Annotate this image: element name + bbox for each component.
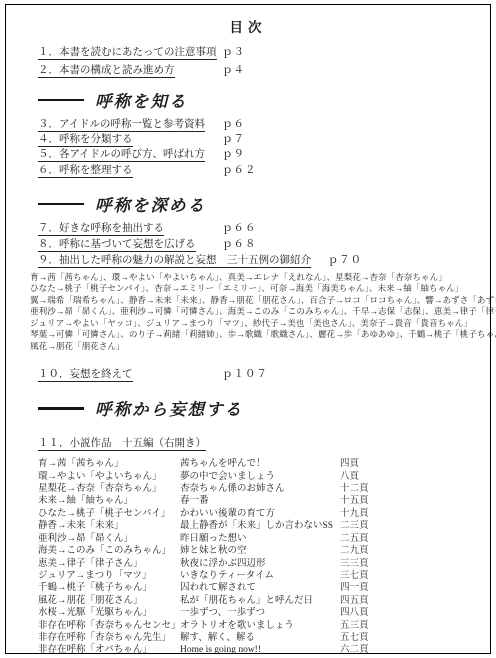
toc-entry: ７．好きな呼称を抽出する ｐ６６ bbox=[38, 221, 476, 237]
toc-entry: １．本書を読むにあたっての注意事項 ｐ３ bbox=[38, 44, 476, 62]
toc-entry-page: ｐ６２ bbox=[222, 163, 257, 178]
novel-row: ひなた→桃子「桃子センパイ」 かわいい後輩の育て方 十九頁 bbox=[38, 508, 476, 520]
toc-entry-label: ２．本書の構成と読み進め方 bbox=[38, 65, 175, 78]
toc-entry-label: １．本書を読むにあたっての注意事項 bbox=[38, 47, 217, 60]
novel-pair: ひなた→桃子「桃子センパイ」 bbox=[38, 508, 180, 520]
toc-entry-page: ｐ１０７ bbox=[222, 366, 268, 384]
toc-entry: ２．本書の構成と読み進め方 ｐ４ bbox=[38, 62, 476, 80]
novel-pair: 千鶴→桃子「桃子ちゃん」 bbox=[38, 582, 180, 594]
novel-row: 水桜→光駆「光駆ちゃん」 一歩ずつ、一歩ずつ 四八頁 bbox=[38, 607, 476, 619]
novel-title: Home is going now!! bbox=[180, 644, 340, 656]
section-heading: 呼称を深める bbox=[38, 191, 476, 217]
novel-pair: 静香→未来「未来」 bbox=[38, 520, 180, 532]
novel-title: 私が「朋花ちゃん」と呼んだ日 bbox=[180, 595, 340, 607]
novel-page: 十二頁 bbox=[340, 483, 400, 495]
novel-page: 八頁 bbox=[340, 471, 400, 483]
page-title: 目次 bbox=[0, 16, 496, 36]
novel-page: 二三頁 bbox=[340, 520, 400, 532]
toc-content: １．本書を読むにあたっての注意事項 ｐ３ ２．本書の構成と読み進め方 ｐ４ 呼称… bbox=[0, 44, 496, 657]
novel-title: かわいい後輩の育て方 bbox=[180, 508, 340, 520]
toc-entry-label: １０．妄想を終えて bbox=[38, 369, 133, 382]
novel-pair: 育→茜「茜ちゃん」 bbox=[38, 458, 180, 470]
novel-page: 十五頁 bbox=[340, 495, 400, 507]
novel-page: 五七頁 bbox=[340, 632, 400, 644]
novel-pair: 非存在呼称「杏奈ちゃんセンセ」 bbox=[38, 620, 180, 632]
novel-page: 四八頁 bbox=[340, 607, 400, 619]
novel-row: 環→やよい「やよいちゃん」 夢の中で会いましょう 八頁 bbox=[38, 471, 476, 483]
novel-page: 五三頁 bbox=[340, 620, 400, 632]
toc-entry-page: ｐ３ bbox=[222, 44, 245, 62]
toc-entry: ３．アイドルの呼称一覧と参考資料 ｐ６ bbox=[38, 117, 476, 132]
toc-entry-page: ｐ６６ bbox=[222, 221, 257, 237]
toc-entry-label: ８．呼称に基づいて妄想を広げる bbox=[38, 239, 196, 252]
novel-title: 囚われて解されて bbox=[180, 582, 340, 594]
novel-pair: 海美→このみ「このみちゃん」 bbox=[38, 545, 180, 557]
pair-line: 風花→朋花「朋花さん」 bbox=[30, 341, 476, 353]
toc-entry: １０．妄想を終えて ｐ１０７ bbox=[38, 366, 476, 384]
toc-entry-page: ｐ７ bbox=[222, 132, 245, 147]
novel-pair: 環→やよい「やよいちゃん」 bbox=[38, 471, 180, 483]
novel-pair: 水桜→光駆「光駆ちゃん」 bbox=[38, 607, 180, 619]
novel-title: 昨日願った想い bbox=[180, 533, 340, 545]
toc-entry-label: ９．抽出した呼称の魅力の解説と妄想 三十五例の御紹介 bbox=[38, 255, 311, 268]
pair-line: 育→茜「茜ちゃん」、環→やよい「やよいちゃん」、真美→エレナ「えれなん」、星梨花… bbox=[30, 272, 476, 284]
novel-row: 非存在呼称「杏奈ちゃん先生」 解す、解く、解る 五七頁 bbox=[38, 632, 476, 644]
novel-pair: 未来→紬「紬ちゃん」 bbox=[38, 495, 180, 507]
section-heading-label: 呼称を知る bbox=[95, 88, 188, 112]
novel-page: 二九頁 bbox=[340, 545, 400, 557]
novel-title: 夢の中で会いましょう bbox=[180, 471, 340, 483]
novel-row: 恵美→律子「律子さん」 秋夜に浮かぶ四辺形 三三頁 bbox=[38, 558, 476, 570]
novel-row: 非存在呼称「杏奈ちゃんセンセ」 オラトリオを歌いましょう 五三頁 bbox=[38, 620, 476, 632]
toc-entry: ６．呼称を整理する ｐ６２ bbox=[38, 163, 476, 178]
novel-page: 六二頁 bbox=[340, 644, 400, 656]
toc-entry-label: ７．好きな呼称を抽出する bbox=[38, 223, 164, 236]
novel-row: 静香→未来「未来」 最上静香が「未来」しか言わないSS 二三頁 bbox=[38, 520, 476, 532]
toc-entry-label: ３．アイドルの呼称一覧と参考資料 bbox=[38, 119, 205, 132]
novel-title: 春一番 bbox=[180, 495, 340, 507]
toc-entry-page: ｐ７０ bbox=[328, 255, 363, 266]
heading-dash bbox=[38, 99, 84, 102]
toc-page: 目次 １．本書を読むにあたっての注意事項 ｐ３ ２．本書の構成と読み進め方 ｐ４… bbox=[0, 0, 496, 658]
novel-page: 十九頁 bbox=[340, 508, 400, 520]
novel-title: 杏奈ちゃん係のお姉さん bbox=[180, 483, 340, 495]
novel-pair: 星梨花→杏奈「杏奈ちゃん」 bbox=[38, 483, 180, 495]
toc-entry: ４．呼称を分類する ｐ７ bbox=[38, 132, 476, 147]
novel-page: 二五頁 bbox=[340, 533, 400, 545]
novel-pair: 非存在呼称「杏奈ちゃん先生」 bbox=[38, 632, 180, 644]
novel-row: 千鶴→桃子「桃子ちゃん」 囚われて解されて 四一頁 bbox=[38, 582, 476, 594]
toc-entry-page: ｐ４ bbox=[222, 62, 245, 80]
toc-group: ７．好きな呼称を抽出する ｐ６６ ８．呼称に基づいて妄想を広げる ｐ６８ ９．抽… bbox=[38, 221, 476, 269]
novel-row: 亜利沙→昴「昴くん」 昨日願った想い 二五頁 bbox=[38, 533, 476, 545]
novel-page: 四五頁 bbox=[340, 595, 400, 607]
novel-page: 四頁 bbox=[340, 458, 400, 470]
heading-dash bbox=[38, 203, 84, 206]
section-heading: 呼称を知る bbox=[38, 87, 476, 113]
novel-row: 海美→このみ「このみちゃん」 姉と妹と秋の空 二九頁 bbox=[38, 545, 476, 557]
pair-line: 亜利沙→昴「昴くん」、亜利沙→可憐「可憐さん」、海美→このみ「このみちゃん」、千… bbox=[30, 306, 476, 318]
toc-group: ３．アイドルの呼称一覧と参考資料 ｐ６ ４．呼称を分類する ｐ７ ５．各アイドル… bbox=[38, 117, 476, 178]
novel-title: 最上静香が「未来」しか言わないSS bbox=[180, 520, 340, 532]
novel-row: 星梨花→杏奈「杏奈ちゃん」 杏奈ちゃん係のお姉さん 十二頁 bbox=[38, 483, 476, 495]
pair-line: ひなた→桃子「桃子センパイ」、杏奈→エミリー「エミリー」、可奈→海美「海美ちゃん… bbox=[30, 283, 476, 295]
novel-pair: ジュリア→まつり「マツ」 bbox=[38, 570, 180, 582]
section-heading-label: 呼称を深める bbox=[95, 192, 206, 216]
toc-entry: １１．小説作品 十五編（右開き） bbox=[38, 435, 476, 453]
novel-title: いきなりティータイム bbox=[180, 570, 340, 582]
novel-list: 育→茜「茜ちゃん」 茜ちゃんを呼んで！ 四頁 環→やよい「やよいちゃん」 夢の中… bbox=[38, 458, 476, 657]
novel-title: 一歩ずつ、一歩ずつ bbox=[180, 607, 340, 619]
toc-entry-label: １１．小説作品 十五編（右開き） bbox=[38, 438, 206, 451]
novel-title: 姉と妹と秋の空 bbox=[180, 545, 340, 557]
novel-row: 風花→朋花「朋花さん」 私が「朋花ちゃん」と呼んだ日 四五頁 bbox=[38, 595, 476, 607]
pair-line: 翼→瑞希「瑞希ちゃん」、静香→未来「未来」、静香→朋花「朋花さん」、百合子→ロコ… bbox=[30, 295, 476, 307]
toc-entry-label: ５．各アイドルの呼び方、呼ばれ方 bbox=[38, 149, 205, 162]
novel-pair: 非存在呼称「オバちゃん」 bbox=[38, 644, 180, 656]
toc-entry: ８．呼称に基づいて妄想を広げる ｐ６８ bbox=[38, 237, 476, 253]
toc-entry-page: ｐ６８ bbox=[222, 237, 257, 253]
toc-entry-label: ６．呼称を整理する bbox=[38, 165, 133, 178]
novel-row: ジュリア→まつり「マツ」 いきなりティータイム 三七頁 bbox=[38, 570, 476, 582]
toc-entry-page: ｐ６ bbox=[222, 117, 245, 132]
toc-entry: ５．各アイドルの呼び方、呼ばれ方 ｐ９ bbox=[38, 147, 476, 162]
toc-entry-label: ４．呼称を分類する bbox=[38, 134, 133, 147]
pair-line: ジュリア→やよい「ヤッコ」、ジュリア→まつり「マツ」、紗代子→美也「美也さん」、… bbox=[30, 318, 476, 330]
novel-pair: 亜利沙→昴「昴くん」 bbox=[38, 533, 180, 545]
novel-title: 茜ちゃんを呼んで！ bbox=[180, 458, 340, 470]
section-heading: 呼称から妄想する bbox=[38, 395, 476, 421]
novel-row: 育→茜「茜ちゃん」 茜ちゃんを呼んで！ 四頁 bbox=[38, 458, 476, 470]
novel-page: 四一頁 bbox=[340, 582, 400, 594]
toc-entry-page: ｐ９ bbox=[222, 147, 245, 162]
novel-page: 三三頁 bbox=[340, 558, 400, 570]
pair-line: 琴葉→可憐「可憐さん」、のり子→莉緒「莉緒姉」、歩→歌織「歌織さん」、麗花→歩「… bbox=[30, 329, 476, 341]
novel-row: 非存在呼称「オバちゃん」 Home is going now!! 六二頁 bbox=[38, 644, 476, 656]
novel-pair: 風花→朋花「朋花さん」 bbox=[38, 595, 180, 607]
section-heading-label: 呼称から妄想する bbox=[95, 396, 243, 420]
novel-title: オラトリオを歌いましょう bbox=[180, 620, 340, 632]
heading-dash bbox=[38, 407, 84, 410]
novel-page: 三七頁 bbox=[340, 570, 400, 582]
novel-row: 未来→紬「紬ちゃん」 春一番 十五頁 bbox=[38, 495, 476, 507]
novel-pair: 恵美→律子「律子さん」 bbox=[38, 558, 180, 570]
novel-title: 解す、解く、解る bbox=[180, 632, 340, 644]
pair-example-list: 育→茜「茜ちゃん」、環→やよい「やよいちゃん」、真美→エレナ「えれなん」、星梨花… bbox=[30, 272, 476, 353]
toc-entry: ９．抽出した呼称の魅力の解説と妄想 三十五例の御紹介 ｐ７０ bbox=[38, 253, 476, 269]
novel-title: 秋夜に浮かぶ四辺形 bbox=[180, 558, 340, 570]
